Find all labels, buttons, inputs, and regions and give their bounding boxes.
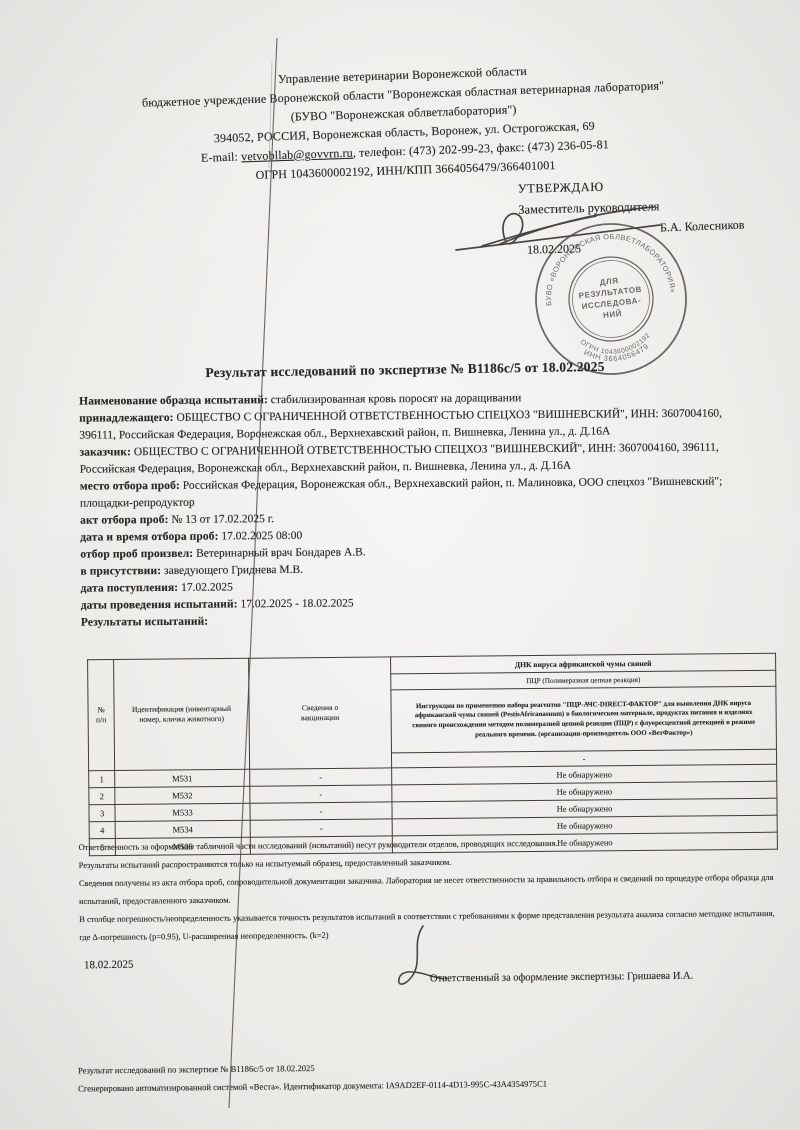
reagent-instruction: Инструкция по применению набора реагенто…	[391, 686, 777, 753]
responsible-line: Ответственный за оформление экспертизы: …	[430, 971, 693, 985]
system-footer: Результат исследований по экспертизе № В…	[78, 1057, 547, 1098]
email-label: E-mail:	[201, 149, 242, 164]
signoff-date: 18.02.2025	[84, 959, 134, 972]
note-line: Сведения получены из акта отбора проб, с…	[79, 869, 777, 911]
stamp-center-line4: НИЙ	[603, 309, 623, 320]
detail-row: принадлежащего: ОБЩЕСТВО С ОГРАНИЧЕННОЙ …	[79, 405, 747, 444]
col-header-vaccination: Сведения о вакцинации	[249, 657, 392, 769]
letterhead: Управление ветеринарии Воронежской облас…	[56, 55, 751, 192]
detail-row: заказчик: ОБЩЕСТВО С ОГРАНИЧЕННОЙ ОТВЕТС…	[79, 439, 747, 478]
scanned-document-page: Управление ветеринарии Воронежской облас…	[0, 0, 800, 1130]
sample-details: Наименование образца испытаний: стабилиз…	[79, 388, 749, 631]
col-header-num: №п/п	[88, 660, 115, 771]
document-title: Результат исследований по экспертизе № В…	[60, 357, 750, 384]
stamp-center-line1: ДЛЯ	[599, 276, 619, 287]
email-address: vetvobllab@govvrn.ru	[241, 146, 353, 164]
footer-generated-line: Сгенерировано автоматизированной системо…	[78, 1075, 547, 1098]
col-header-identification: Идентификация (инвентарный номер, кличка…	[114, 658, 250, 770]
results-table: №п/п Идентификация (инвентарный номер, к…	[87, 653, 777, 857]
detail-row: место отбора проб: Российская Федерация,…	[80, 473, 748, 512]
signature-grishaeva	[386, 921, 452, 1003]
